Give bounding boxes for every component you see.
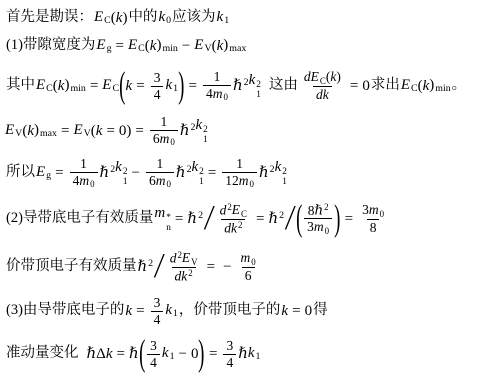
close-paren: ) xyxy=(178,69,184,103)
math-operator: − xyxy=(179,346,187,363)
sub-sup-stack: 21 xyxy=(256,81,261,101)
subscript: min xyxy=(162,43,177,54)
math-operator: = xyxy=(292,303,300,320)
subscript: V xyxy=(191,257,197,267)
math-operator: = xyxy=(350,78,358,95)
math-operator: = xyxy=(256,211,264,228)
denominator: 4m0 xyxy=(203,85,231,103)
numerator: 1 xyxy=(77,156,90,172)
chinese-text: (2)导带底电子有效质量 xyxy=(6,211,153,227)
open-paren: ( xyxy=(296,202,302,236)
math-variable: EV xyxy=(5,122,22,141)
math-variable: dk2 xyxy=(224,220,242,236)
math-variable: EV xyxy=(182,250,198,267)
subscript: 1 xyxy=(256,351,261,362)
solution-document: 首先是勘误：EC(k)中的k0应该为k1 (1)带隙宽度为Eg=EC(k)min… xyxy=(0,0,478,377)
subscript: 0 xyxy=(90,179,94,189)
math-variable: m0 xyxy=(369,202,384,219)
numerator: d2EV xyxy=(167,250,201,267)
math-variable: EC xyxy=(36,77,53,96)
math-variable: k xyxy=(116,10,123,27)
math-operator: = xyxy=(175,211,183,228)
math-token: 4 xyxy=(73,173,80,189)
superscript: 2 xyxy=(324,202,328,212)
sub-sup-stack: 21 xyxy=(282,168,287,188)
fraction: d2EVdk2 xyxy=(167,250,201,284)
math-token: 1 xyxy=(80,156,87,172)
close-paren: ) xyxy=(334,202,340,236)
math-token: 8 xyxy=(308,203,315,219)
subscript: 0 xyxy=(166,179,170,189)
chinese-text: 价带顶电子有效质量 xyxy=(6,259,137,275)
subscript: 0 xyxy=(251,257,255,267)
subscript: 0 xyxy=(166,15,171,26)
math-token: ) xyxy=(122,10,127,27)
math-token: 8 xyxy=(370,220,377,236)
subscript: 0 xyxy=(380,209,384,219)
math-variable: ℏ2 xyxy=(233,78,249,95)
fraction: 34 xyxy=(223,338,236,370)
denominator: 12m0 xyxy=(222,172,257,190)
math-operator: = xyxy=(55,165,63,182)
divide-slash: / xyxy=(205,203,213,234)
superscript: 2 xyxy=(198,210,203,221)
math-token: 0 xyxy=(119,123,127,140)
math-variable: ℏ2 xyxy=(268,211,284,228)
math-variable: k21 xyxy=(192,159,204,188)
subscript: C xyxy=(46,83,53,94)
math-variable: EC xyxy=(232,202,247,219)
math-variable: ℏ xyxy=(87,346,97,363)
line-bandgap-result: 所以Eg=14m0ℏ2k21−16m0ℏ2k21=112m0ℏ2k21 xyxy=(5,151,478,195)
math-variable: k xyxy=(27,123,34,140)
math-operator: = xyxy=(117,346,125,363)
fraction: dEC(k)dk xyxy=(301,69,344,102)
math-token: 12 xyxy=(225,173,239,189)
denominator: 4 xyxy=(151,311,164,328)
math-token: )max xyxy=(223,37,246,56)
sub-sup-stack: *n xyxy=(166,214,171,234)
chinese-text: 得 xyxy=(313,303,328,319)
math-variable: k xyxy=(150,38,157,55)
math-variable: k1 xyxy=(162,345,175,364)
subscript: C xyxy=(411,83,418,94)
math-variable: m0 xyxy=(239,173,254,190)
math-variable: m0 xyxy=(156,173,171,190)
superscript: 2 xyxy=(238,220,242,230)
numerator: 3m0 xyxy=(359,202,387,219)
subscript: C xyxy=(138,43,145,54)
math-variable: k xyxy=(281,303,288,320)
math-operator: − xyxy=(182,38,190,55)
denominator: 3m0 xyxy=(304,218,332,236)
math-operator: − xyxy=(131,165,139,182)
math-operator: = xyxy=(209,346,217,363)
math-token: )min xyxy=(156,37,177,56)
math-variable: k1 xyxy=(248,345,261,364)
math-token: 4 xyxy=(154,312,161,328)
math-token: ) xyxy=(126,123,131,140)
math-token: )max xyxy=(34,122,57,141)
math-token: 6 xyxy=(245,268,252,284)
chinese-text: (1)带隙宽度为 xyxy=(6,38,95,54)
superscript: 2 xyxy=(279,210,284,221)
math-token: 3 xyxy=(150,338,157,354)
numerator: m0 xyxy=(238,250,259,267)
fraction: 112m0 xyxy=(222,156,257,189)
math-variable: m*n xyxy=(154,205,171,234)
math-token: 4 xyxy=(150,355,157,371)
sub-sup-stack: 21 xyxy=(203,126,208,146)
parenthesis-group: (8ℏ23m0) xyxy=(296,202,341,236)
fraction: 34 xyxy=(151,70,164,102)
sub-sup-stack: 21 xyxy=(199,168,204,188)
math-token: )min xyxy=(64,77,85,96)
math-variable: k xyxy=(58,78,65,95)
chinese-text: 求出 xyxy=(371,78,400,94)
line-conduction-band-minimum: 其中EC(k)min=EC(k=34k1)=14m0ℏ2k21这由dEC(k)d… xyxy=(5,61,478,111)
math-variable: dEC xyxy=(304,69,326,86)
numerator: d2EC xyxy=(217,202,250,219)
subscript: 1 xyxy=(170,351,175,362)
line-quasi-momentum-change: 准动量变化ℏΔk=ℏ(34k1−0)=34ℏk1 xyxy=(5,331,478,377)
line-bandgap-definition: (1)带隙宽度为Eg=EC(k)min−EV(k)max xyxy=(5,31,478,61)
chinese-text: 这由 xyxy=(269,78,298,94)
open-paren: ( xyxy=(139,337,145,371)
math-operator: = xyxy=(136,303,144,320)
math-variable: ℏ2 xyxy=(138,259,154,276)
close-paren: ) xyxy=(199,337,205,371)
math-token: 3 xyxy=(362,202,369,218)
math-variable: ℏ2 xyxy=(180,123,196,140)
fraction: 3m08 xyxy=(359,202,387,235)
subscript: V xyxy=(15,128,22,139)
superscript: 2 xyxy=(188,268,192,278)
subscript: C xyxy=(112,83,119,94)
math-variable: ℏ2 xyxy=(100,165,116,182)
math-variable: k1 xyxy=(217,9,230,28)
subscript: C xyxy=(104,15,111,26)
math-variable: k xyxy=(126,78,133,95)
subscript: max xyxy=(229,43,246,54)
math-variable: k21 xyxy=(195,117,207,146)
numerator: 8ℏ2 xyxy=(305,202,332,218)
math-variable: ℏ2 xyxy=(176,165,192,182)
denominator: 4m0 xyxy=(70,172,98,190)
numerator: 1 xyxy=(157,114,170,130)
numerator: 3 xyxy=(147,338,160,354)
subscript: V xyxy=(84,128,91,139)
subscript: C xyxy=(241,209,247,219)
math-token: 1 xyxy=(160,114,167,130)
math-variable: k xyxy=(423,78,430,95)
math-variable: ℏ2 xyxy=(314,202,328,218)
subscript: 1 xyxy=(224,15,229,26)
math-variable: Eg xyxy=(96,37,111,56)
line-electron-effective-mass: (2)导带底电子有效质量m*n=ℏ2/d2ECdk2=ℏ2/(8ℏ23m0)=3… xyxy=(5,195,478,243)
math-variable: k1 xyxy=(165,77,178,96)
denominator: 8 xyxy=(367,219,380,236)
math-operator: = xyxy=(61,123,69,140)
math-variable: m0 xyxy=(160,131,175,148)
math-token: 3 xyxy=(154,295,161,311)
divide-slash: / xyxy=(286,203,294,234)
math-token: 4 xyxy=(206,86,213,102)
denominator: dk2 xyxy=(172,267,196,284)
chinese-text: (3)由导带底电子的 xyxy=(6,303,124,319)
math-variable: k21 xyxy=(115,159,127,188)
math-operator: = xyxy=(207,259,215,276)
math-token: )min xyxy=(429,77,450,96)
math-variable: ℏ2 xyxy=(259,165,275,182)
math-variable: k1 xyxy=(165,302,178,321)
math-token: ) xyxy=(336,69,341,85)
math-variable: EC xyxy=(102,77,119,96)
math-operator: = xyxy=(135,123,143,140)
subscript: 0 xyxy=(325,226,329,236)
math-variable: dk2 xyxy=(175,268,193,284)
chinese-text: 其中 xyxy=(6,78,35,94)
denominator: 6 xyxy=(242,267,255,284)
subscript: min xyxy=(70,83,85,94)
superscript: 2 xyxy=(148,258,153,269)
fraction: m06 xyxy=(238,250,259,283)
parenthesis-group: (k=34k1) xyxy=(119,69,185,103)
math-operator: = xyxy=(136,78,144,95)
math-token: 4 xyxy=(154,87,161,103)
math-variable: m0 xyxy=(79,173,94,190)
math-variable: k xyxy=(106,346,113,363)
chinese-text: ，价带顶电子的 xyxy=(179,303,281,319)
math-token: 0 xyxy=(362,78,370,95)
denominator: dk2 xyxy=(221,219,245,236)
math-variable: ℏ2 xyxy=(187,211,203,228)
math-variable: EV xyxy=(73,122,90,141)
math-variable: dk xyxy=(316,87,329,103)
math-variable: ℏ xyxy=(129,346,139,363)
parenthesis-group: (34k1−0) xyxy=(139,337,205,371)
numerator: 3 xyxy=(151,70,164,86)
divide-slash: / xyxy=(155,251,163,282)
denominator: 4 xyxy=(147,354,160,371)
fraction: 14m0 xyxy=(70,156,98,189)
fraction: 34 xyxy=(147,338,160,370)
fraction: 14m0 xyxy=(203,69,231,102)
math-variable: k xyxy=(125,303,132,320)
math-token: 1 xyxy=(236,156,243,172)
fraction: 16m0 xyxy=(150,114,178,147)
math-token: 6 xyxy=(153,131,160,147)
numerator: 1 xyxy=(154,156,167,172)
fraction: 16m0 xyxy=(146,156,174,189)
line-k-values: (3)由导带底电子的k=34k1，价带顶电子的k=0得 xyxy=(5,291,478,331)
math-token: 4 xyxy=(226,355,233,371)
chinese-text: 首先是勘误： xyxy=(6,10,93,26)
math-variable: EC xyxy=(128,37,145,56)
denominator: 6m0 xyxy=(146,172,174,190)
math-operator: = xyxy=(208,165,216,182)
subscript: 1 xyxy=(173,308,178,319)
math-token: 1 xyxy=(214,69,221,85)
math-operator: = xyxy=(189,78,197,95)
denominator: 4 xyxy=(151,86,164,103)
chinese-text: 应该为 xyxy=(172,10,216,26)
math-token: Δ xyxy=(96,346,106,363)
subscript: V xyxy=(204,43,211,54)
math-token: 0 xyxy=(305,303,313,320)
numerator: 1 xyxy=(211,69,224,85)
math-variable: k xyxy=(96,123,103,140)
line-valence-band-maximum: EV(k)max=EV(k=0)=16m0ℏ2k21 xyxy=(5,111,478,151)
math-variable: ℏ xyxy=(238,346,248,363)
math-variable: Eg xyxy=(36,164,51,183)
math-variable: EC xyxy=(401,77,418,96)
fraction: d2ECdk2 xyxy=(217,202,250,236)
math-variable: EC xyxy=(94,9,111,28)
math-operator: = xyxy=(345,211,353,228)
math-variable: d2 xyxy=(170,250,182,266)
chinese-text: 准动量变化 xyxy=(6,346,79,362)
open-paren: ( xyxy=(119,69,125,103)
sub-sup-stack: 21 xyxy=(123,168,128,188)
numerator: dEC(k) xyxy=(301,69,344,86)
subscript: min xyxy=(435,83,450,94)
line-hole-effective-mass: 价带顶电子有效质量ℏ2/d2EVdk2=−m06 xyxy=(5,243,478,291)
math-variable: EV xyxy=(194,37,211,56)
denominator: 6m0 xyxy=(150,130,178,148)
math-operator: = xyxy=(90,78,98,95)
math-token: 3 xyxy=(226,338,233,354)
denominator: dk xyxy=(313,86,332,103)
subscript: max xyxy=(40,128,57,139)
subscript: g xyxy=(107,43,112,54)
math-operator: − xyxy=(223,259,231,276)
chinese-text: 中的 xyxy=(128,10,157,26)
denominator: 4 xyxy=(223,354,236,371)
subscript: 0 xyxy=(170,137,174,147)
math-token: 3 xyxy=(154,70,161,86)
math-variable: k21 xyxy=(249,72,261,101)
math-operator: = xyxy=(116,38,124,55)
subscript: 0 xyxy=(224,92,228,102)
math-variable: k21 xyxy=(275,159,287,188)
chinese-text: 。 xyxy=(452,78,467,94)
line-errata: 首先是勘误：EC(k)中的k0应该为k1 xyxy=(5,5,478,31)
numerator: 3 xyxy=(151,295,164,311)
math-token: 6 xyxy=(149,173,156,189)
math-variable: m0 xyxy=(314,219,329,236)
math-variable: m0 xyxy=(241,250,256,267)
numerator: 3 xyxy=(223,338,236,354)
math-variable: k0 xyxy=(158,9,171,28)
fraction: 8ℏ23m0 xyxy=(304,202,332,236)
math-variable: k xyxy=(217,38,224,55)
numerator: 1 xyxy=(233,156,246,172)
math-token: 3 xyxy=(307,219,314,235)
subscript: g xyxy=(46,170,51,181)
chinese-text: 所以 xyxy=(6,165,35,181)
math-operator: = xyxy=(106,123,114,140)
fraction: 34 xyxy=(151,295,164,327)
math-variable: m0 xyxy=(213,86,228,103)
math-token: 1 xyxy=(157,156,164,172)
subscript: 0 xyxy=(250,179,254,189)
math-variable: d2 xyxy=(220,202,232,218)
